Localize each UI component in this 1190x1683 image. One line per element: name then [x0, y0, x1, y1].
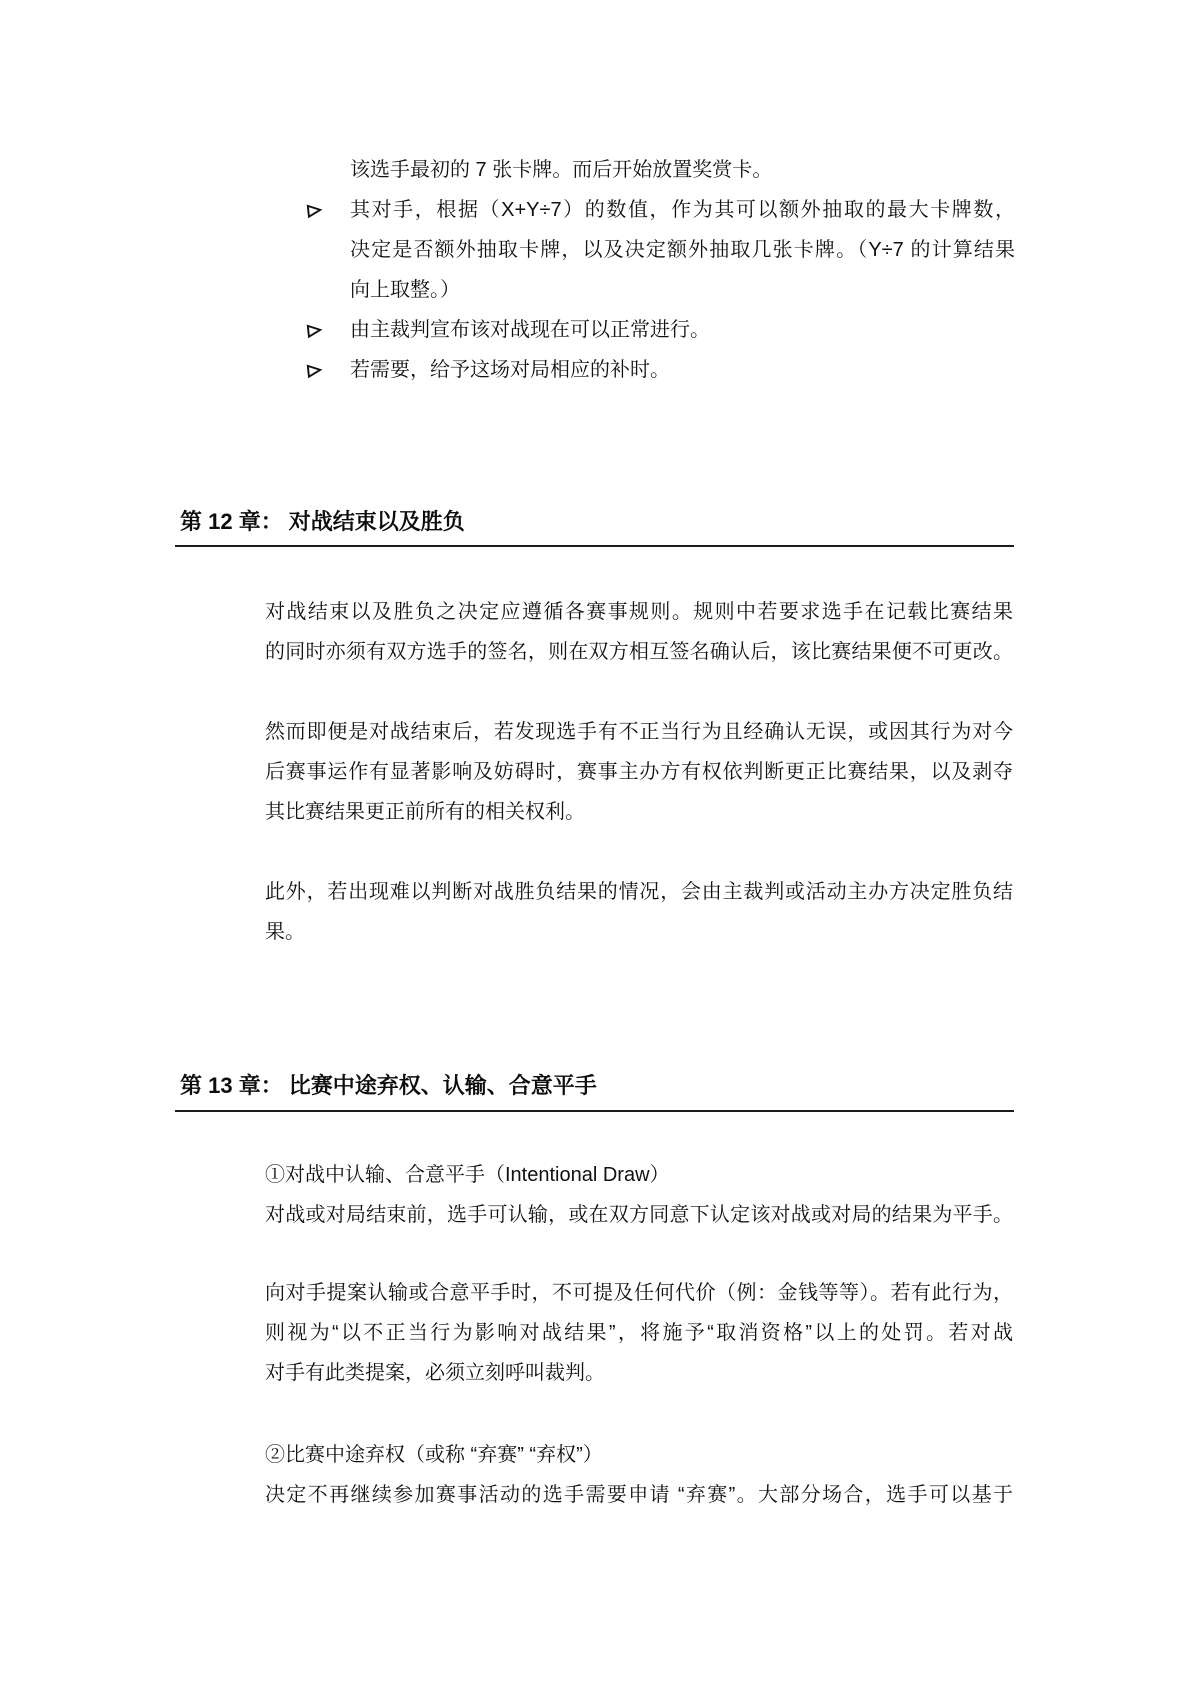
list-item-line: 向上取整。）: [350, 270, 1015, 310]
list-item-line: 由主裁判宣布该对战现在可以正常进行。: [350, 310, 1015, 350]
body-line: 对战结束以及胜负之决定应遵循各赛事规则。规则中若要求选手在记载比赛结果: [265, 592, 1013, 632]
list-item-line: 若需要，给予这场对局相应的补时。: [350, 350, 1015, 390]
body-line: 然而即便是对战结束后，若发现选手有不正当行为且经确认无误，或因其行为对今: [265, 712, 1013, 752]
document-page: { "page": { "background": "#ffffff", "te…: [0, 0, 1190, 1683]
body-line: 对手有此类提案，必须立刻呼叫裁判。: [265, 1353, 1013, 1393]
chapter-12-heading: 第 12 章： 对战结束以及胜负: [180, 506, 465, 538]
list-item-line: 其对手，根据（X+Y÷7）的数值，作为其可以额外抽取的最大卡牌数，: [350, 190, 1015, 230]
body-line: 对战或对局结束前，选手可认输，或在双方同意下认定该对战或对局的结果为平手。: [265, 1195, 1013, 1235]
subsection-2-title: ②比赛中途弃权（或称 “弃赛” “弃权”）: [265, 1435, 1013, 1475]
body-line: 其比赛结果更正前所有的相关权利。: [265, 792, 1013, 832]
chapter-13-divider: [175, 1110, 1014, 1112]
arrow-bullet-icon: [305, 361, 324, 380]
body-line: 此外，若出现难以判断对战胜负结果的情况，会由主裁判或活动主办方决定胜负结: [265, 872, 1013, 912]
arrow-bullet-icon: [305, 201, 324, 220]
body-line: 后赛事运作有显著影响及妨碍时，赛事主办方有权依判断更正比赛结果，以及剥夺: [265, 752, 1013, 792]
chapter-12-divider: [175, 545, 1014, 547]
body-line: 则视为“以不正当行为影响对战结果”，将施予“取消资格”以上的处罚。若对战: [265, 1313, 1013, 1353]
body-line: 决定不再继续参加赛事活动的选手需要申请 “弃赛”。大部分场合，选手可以基于: [265, 1475, 1013, 1515]
body-line: 的同时亦须有双方选手的签名，则在双方相互签名确认后，该比赛结果便不可更改。: [265, 632, 1013, 672]
body-line: 果。: [265, 912, 1013, 952]
list-item-line: 决定是否额外抽取卡牌，以及决定额外抽取几张卡牌。（Y÷7 的计算结果: [350, 230, 1015, 270]
list-continuation-line: 该选手最初的 7 张卡牌。而后开始放置奖赏卡。: [350, 150, 1015, 190]
body-line: 向对手提案认输或合意平手时，不可提及任何代价（例：金钱等等）。若有此行为，: [265, 1273, 1013, 1313]
subsection-1-title: ①对战中认输、合意平手（Intentional Draw）: [265, 1155, 1013, 1195]
arrow-bullet-icon: [305, 321, 324, 340]
chapter-13-heading: 第 13 章： 比赛中途弃权、认输、合意平手: [180, 1070, 597, 1102]
